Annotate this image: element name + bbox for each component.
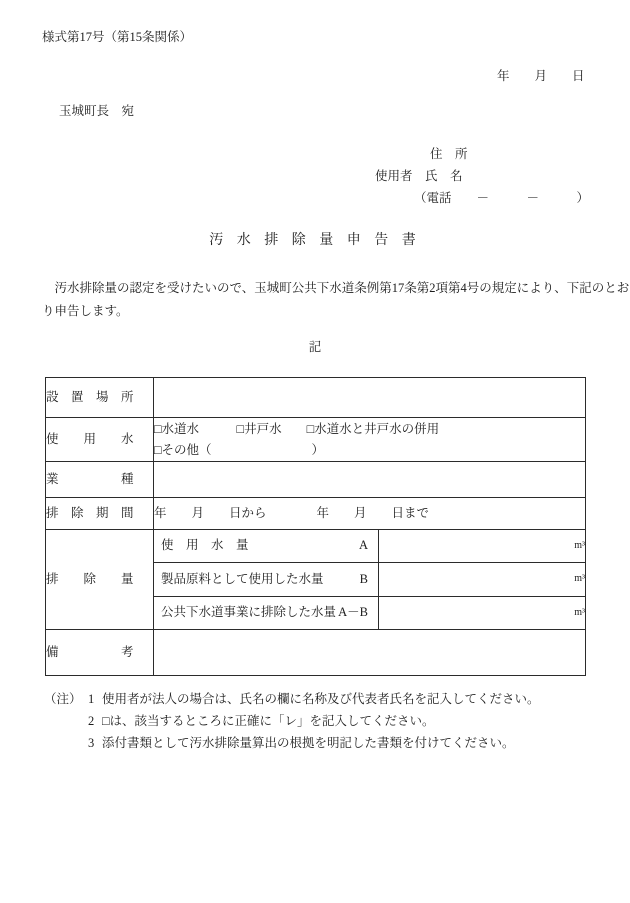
- form-number: 様式第17号（第15条関係）: [42, 30, 192, 46]
- note-prefix-spacer: [44, 710, 88, 732]
- note-line-1: （注） 1 使用者が法人の場合は、氏名の欄に名称及び代表者氏名を記入してください…: [44, 688, 540, 710]
- note-2-number: 2: [88, 710, 102, 732]
- document-title: 汚 水 排 除 量 申 告 書: [0, 232, 630, 250]
- note-1-number: 1: [88, 688, 102, 710]
- note-2-text: □は、該当するところに正確に「レ」を記入してください。: [102, 710, 435, 732]
- discharge-item-1-name-cell: 使 用 水 量 A: [154, 530, 379, 563]
- location-label-cell: 設 置 場 所: [46, 378, 154, 418]
- user-name-label: 使用者 氏 名: [375, 169, 463, 185]
- discharge-item-2-name-cell: 製品原料として使用した水量 B: [154, 563, 379, 597]
- industry-label-cell: 業 種: [46, 462, 154, 498]
- remarks-label-cell: 備 考: [46, 630, 154, 676]
- water-label-cell: 使 用 水: [46, 418, 154, 462]
- discharge-item-1-unit-cell: m³: [379, 530, 586, 563]
- discharge-item-3-unit-cell: m³: [379, 597, 586, 630]
- discharge-label-cell: 排 除 量: [46, 530, 154, 630]
- ki-heading: 記: [0, 340, 630, 356]
- declaration-table: 設 置 場 所 使 用 水 □水道水 □井戸水 □水道水と井戸水の併用 □その他…: [45, 377, 586, 676]
- body-paragraph-line-2: り申告します。: [42, 304, 129, 320]
- location-value-cell: [154, 378, 586, 418]
- discharge-item-3-code: A－B: [338, 605, 368, 621]
- period-label-cell: 排 除 期 間: [46, 498, 154, 530]
- note-3-number: 3: [88, 732, 102, 754]
- discharge-item-1-code: A: [359, 538, 368, 554]
- note-line-2: 2 □は、該当するところに正確に「レ」を記入してください。: [44, 710, 540, 732]
- industry-value-cell: [154, 462, 586, 498]
- table-row-remarks: 備 考: [46, 630, 586, 676]
- discharge-item-1-name: 使 用 水 量: [161, 538, 249, 554]
- discharge-item-2-unit-cell: m³: [379, 563, 586, 597]
- note-prefix: （注）: [44, 688, 88, 710]
- period-value-cell: 年 月 日から 年 月 日まで: [154, 498, 586, 530]
- discharge-item-2-name: 製品原料として使用した水量: [161, 572, 324, 588]
- body-paragraph-line-1: 汚水排除量の認定を受けたいので、玉城町公共下水道条例第17条第2項第4号の規定に…: [42, 281, 629, 297]
- table-row-industry: 業 種: [46, 462, 586, 498]
- notes-block: （注） 1 使用者が法人の場合は、氏名の欄に名称及び代表者氏名を記入してください…: [44, 688, 540, 754]
- note-3-text: 添付書類として汚水排除量算出の根拠を明記した書類を付けてください。: [102, 732, 515, 754]
- table-row-water: 使 用 水 □水道水 □井戸水 □水道水と井戸水の併用 □その他（ ）: [46, 418, 586, 462]
- water-option-line-2: □その他（ ）: [154, 440, 585, 461]
- water-value-cell: □水道水 □井戸水 □水道水と井戸水の併用 □その他（ ）: [154, 418, 586, 462]
- remarks-value-cell: [154, 630, 586, 676]
- note-prefix-spacer: [44, 732, 88, 754]
- discharge-item-3-name-cell: 公共下水道事業に排除した水量 A－B: [154, 597, 379, 630]
- addressee: 玉城町長 宛: [59, 104, 134, 120]
- table-row-location: 設 置 場 所: [46, 378, 586, 418]
- note-line-3: 3 添付書類として汚水排除量算出の根拠を明記した書類を付けてください。: [44, 732, 540, 754]
- note-1-text: 使用者が法人の場合は、氏名の欄に名称及び代表者氏名を記入してください。: [102, 688, 540, 710]
- address-label: 住 所: [430, 147, 468, 163]
- discharge-item-3-name: 公共下水道事業に排除した水量: [161, 605, 336, 621]
- date-line: 年 月 日: [497, 69, 585, 85]
- phone-line: （電話 － － ）: [414, 191, 589, 207]
- discharge-item-2-code: B: [360, 572, 368, 588]
- document-page: 様式第17号（第15条関係） 年 月 日 玉城町長 宛 住 所 使用者 氏 名 …: [0, 0, 630, 903]
- water-option-line-1: □水道水 □井戸水 □水道水と井戸水の併用: [154, 419, 585, 440]
- table-row-discharge-1: 排 除 量 使 用 水 量 A m³: [46, 530, 586, 563]
- table-row-period: 排 除 期 間 年 月 日から 年 月 日まで: [46, 498, 586, 530]
